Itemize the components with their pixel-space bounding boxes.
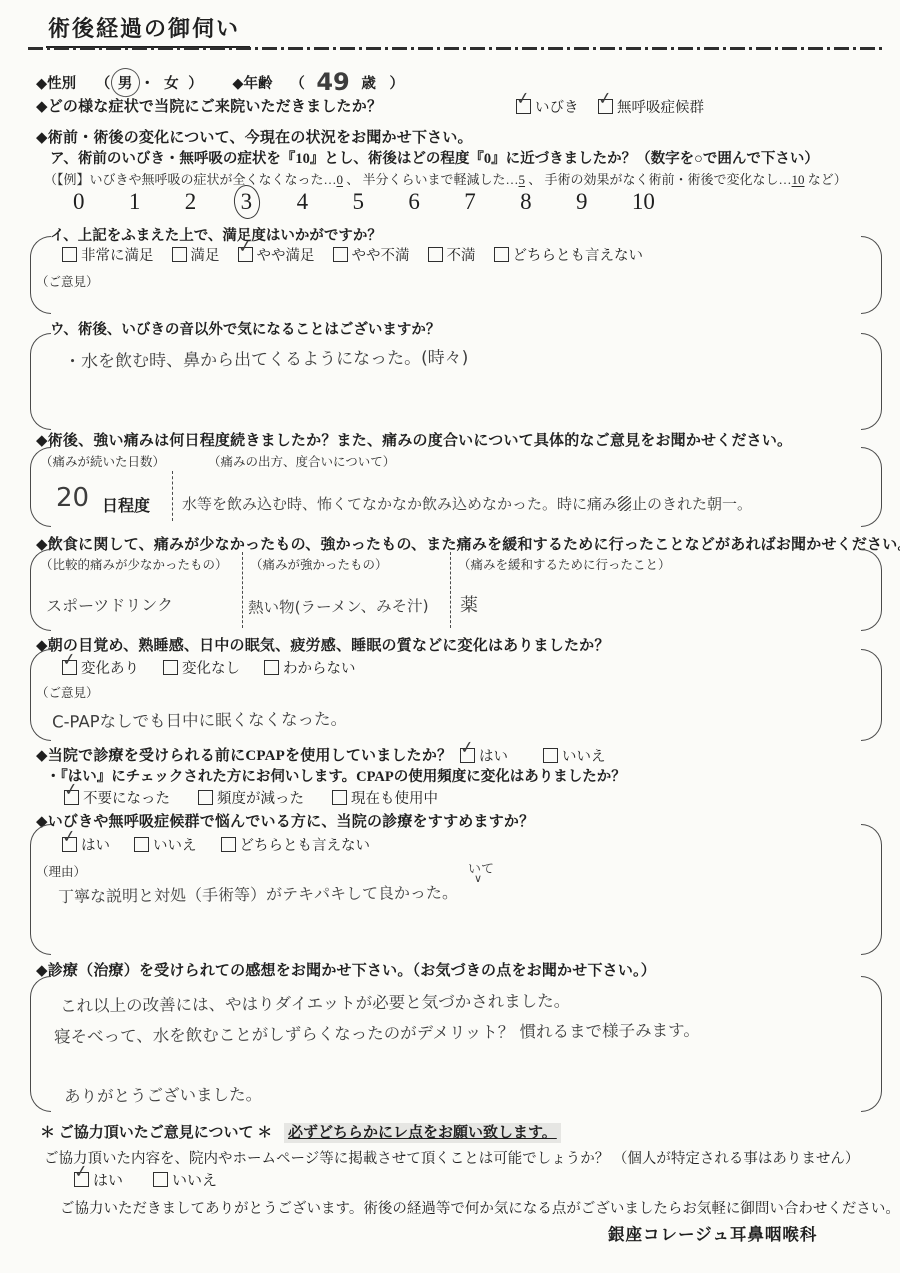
food-col1-label: （比較的痛みが少なかったもの） bbox=[40, 555, 228, 573]
cpap-question: ◆当院で診療を受けられる前にCPAPを使用していましたか？ bbox=[36, 744, 452, 765]
example-text: （【例】いびきや無呼吸の症状が全くなくなった… bbox=[44, 172, 337, 187]
scale-number-7[interactable]: 7 bbox=[459, 188, 481, 216]
option-hijoni-manzoku[interactable]: 非常に満足 bbox=[62, 244, 154, 265]
example-text: 、 手術の効果がなく術前・術後で変化なし… bbox=[525, 172, 792, 187]
impression-line-1: これ以上の改善には、やはりダイエットが必要と気づかされました。 bbox=[60, 987, 570, 1016]
change-heading: ◆術前・術後の変化について、今現在の状況をお聞かせ下さい。 bbox=[36, 126, 473, 147]
checkbox-label: 変化あり bbox=[81, 657, 139, 678]
option-henka-ari[interactable]: 変化あり bbox=[62, 657, 139, 678]
option-yaya-fuman[interactable]: やや不満 bbox=[333, 244, 410, 265]
checkbox-label: わからない bbox=[283, 657, 356, 678]
symptom-question: ◆どの様な症状で当院にご来院いただきましたか？ bbox=[36, 95, 382, 116]
checkbox-label: 非常に満足 bbox=[81, 244, 154, 265]
checkbox[interactable] bbox=[62, 837, 77, 852]
scale-number-5[interactable]: 5 bbox=[347, 188, 369, 216]
insertion-caret: ∨ bbox=[474, 872, 482, 885]
checkbox-label: やや不満 bbox=[352, 244, 410, 265]
symptom-option-mukokyu[interactable]: 無呼吸症候群 bbox=[598, 96, 704, 117]
clinic-name: 銀座コレージュ耳鼻咽喉科 bbox=[608, 1221, 817, 1245]
option-dochira[interactable]: どちらとも言えない bbox=[494, 244, 644, 265]
checkbox[interactable] bbox=[64, 790, 79, 805]
checkbox[interactable] bbox=[516, 99, 531, 114]
example-text: 、 半分くらいまで軽減した… bbox=[343, 172, 519, 187]
recommend-answer: 丁寧な説明と対処（手術等）がテキパキして良かった。 bbox=[58, 880, 458, 907]
cpap-sub-question: ・『はい』にチェックされた方にお伺いします。CPAPの使用頻度に変化はありました… bbox=[46, 765, 626, 786]
checkbox[interactable] bbox=[74, 1172, 89, 1187]
checkbox[interactable] bbox=[494, 247, 509, 262]
checkbox[interactable] bbox=[238, 247, 253, 262]
dash-dot-divider bbox=[28, 47, 884, 50]
food-col2-answer: 熱い物(ラーメン、みそ汁) bbox=[248, 594, 429, 618]
paren: （ bbox=[96, 76, 111, 92]
footer-note-bold: 必ずどちらかにレ点をお願い致します。 bbox=[284, 1123, 561, 1143]
checkbox[interactable] bbox=[264, 660, 279, 675]
option-genzai-shiyochu[interactable]: 現在も使用中 bbox=[332, 787, 438, 808]
recommend-options: はい いいえ どちらとも言えない bbox=[62, 834, 370, 855]
paren: （ bbox=[290, 76, 305, 92]
comment-label: （ご意見） bbox=[36, 272, 99, 290]
checkbox-label: いいえ bbox=[562, 745, 606, 766]
scribble-mark bbox=[618, 496, 631, 511]
impression-box[interactable]: これ以上の改善には、やはりダイエットが必要と気づかされました。 寝そべって、水を… bbox=[30, 976, 882, 1112]
gender-male-label: 男 bbox=[118, 76, 133, 92]
column-separator bbox=[450, 552, 451, 628]
pain-detail-label: （痛みの出方、度合いについて） bbox=[208, 452, 395, 470]
sleep-box[interactable]: 変化あり 変化なし わからない （ご意見） C-PAPなしでも日中に眠くなくなっ… bbox=[30, 649, 882, 741]
pain-detail-answer: 水等を飲み込む時、怖くてなかなか飲み込めなかった。時に痛み止のきれた朝一。 bbox=[182, 493, 752, 514]
scale-number-9[interactable]: 9 bbox=[571, 188, 593, 216]
example-text: など） bbox=[805, 172, 847, 187]
publish-options: はい いいえ bbox=[74, 1169, 217, 1190]
column-separator bbox=[172, 471, 173, 521]
checkbox-label: はい bbox=[93, 1169, 123, 1190]
checkbox[interactable] bbox=[428, 247, 443, 262]
satisfaction-options: 非常に満足 満足 やや満足 やや不満 不満 どちらとも言えない bbox=[62, 244, 643, 265]
option-manzoku[interactable]: 満足 bbox=[172, 244, 220, 265]
food-col1-answer: スポーツドリンク bbox=[46, 592, 173, 616]
checkbox[interactable] bbox=[598, 99, 613, 114]
age-label: ◆年齢 bbox=[232, 76, 272, 92]
cpap-option-iie[interactable]: いいえ bbox=[543, 745, 606, 766]
paren: ） bbox=[188, 76, 203, 92]
column-separator bbox=[242, 552, 243, 628]
scale-number-0[interactable]: 0 bbox=[68, 188, 90, 216]
gender-male-option[interactable]: 男 bbox=[114, 72, 137, 93]
checkbox-label: いいえ bbox=[172, 1169, 217, 1190]
checkbox-label: 満足 bbox=[191, 244, 220, 265]
recommend-box[interactable]: はい いいえ どちらとも言えない （理由） いて ∨ 丁寧な説明と対処（手術等）… bbox=[30, 824, 882, 955]
food-col3-label: （痛みを緩和するために行ったこと） bbox=[458, 555, 671, 573]
checkbox-label: 不満 bbox=[447, 244, 476, 265]
publish-question: ご協力頂いた内容を、院内やホームページ等に掲載させて頂くことは可能でしょうか？ … bbox=[44, 1147, 859, 1168]
other-concern-box[interactable]: ・水を飲む時、鼻から出てくるようになった。(時々) bbox=[30, 333, 882, 430]
change-sub-a: ア、術前のいびき・無呼吸の症状を『10』とし、術後はどの程度『0』に近づきました… bbox=[50, 147, 819, 168]
cpap-sub-options: 不要になった 頻度が減った 現在も使用中 bbox=[64, 787, 438, 808]
pain-detail-part2: 止のきれた朝一。 bbox=[632, 495, 752, 513]
checkbox[interactable] bbox=[332, 790, 347, 805]
paren: ） bbox=[389, 76, 404, 92]
checkbox-label: 頻度が減った bbox=[217, 787, 304, 808]
option-fuyo[interactable]: 不要になった bbox=[64, 787, 170, 808]
pain-detail-part1: 水等を飲み込む時、怖くてなかなか飲み込めなかった。時に痛み bbox=[182, 495, 617, 513]
questionnaire-form: 術後経過の御伺い ◆性別 （ 男 ・ 女 ） ◆年齢 （ 49 歳 ） ◆どの様… bbox=[0, 0, 900, 1273]
checkbox-label: 無呼吸症候群 bbox=[617, 96, 704, 117]
checkbox-label: どちらとも言えない bbox=[240, 834, 371, 855]
checkbox-label: どちらとも言えない bbox=[513, 244, 644, 265]
scale-number-10[interactable]: 10 bbox=[627, 188, 660, 216]
page-title: 術後経過の御伺い bbox=[46, 16, 250, 48]
gender-label: ◆性別 bbox=[36, 76, 76, 92]
checkbox-label: いいえ bbox=[153, 834, 197, 855]
scale-number-8[interactable]: 8 bbox=[515, 188, 537, 216]
checkbox[interactable] bbox=[221, 837, 236, 852]
publish-option-iie[interactable]: いいえ bbox=[153, 1169, 217, 1190]
option-iie[interactable]: いいえ bbox=[134, 834, 197, 855]
satisfaction-comment-box[interactable]: 非常に満足 満足 やや満足 やや不満 不満 どちらとも言えない （ご意見） bbox=[30, 236, 882, 314]
age-unit: 歳 bbox=[361, 76, 376, 92]
publish-option-hai[interactable]: はい bbox=[74, 1169, 123, 1190]
option-yaya-manzoku[interactable]: やや満足 bbox=[238, 244, 315, 265]
checkbox-label: 現在も使用中 bbox=[351, 787, 438, 808]
separator: ・ bbox=[140, 76, 155, 92]
checkbox-label: 変化なし bbox=[182, 657, 240, 678]
option-fuman[interactable]: 不満 bbox=[428, 244, 476, 265]
checkbox-label: はい bbox=[81, 834, 110, 855]
food-box[interactable]: （比較的痛みが少なかったもの） （痛みが強かったもの） （痛みを緩和するために行… bbox=[30, 549, 882, 631]
food-col3-answer: 薬 bbox=[460, 591, 478, 617]
scale-number-6[interactable]: 6 bbox=[403, 188, 425, 216]
option-hai[interactable]: はい bbox=[62, 834, 110, 855]
checkbox-label: やや満足 bbox=[257, 244, 315, 265]
checkbox[interactable] bbox=[163, 660, 178, 675]
scale-number-2[interactable]: 2 bbox=[180, 188, 202, 216]
checkbox[interactable] bbox=[543, 748, 558, 763]
scale-number-3[interactable]: 3 bbox=[236, 188, 258, 216]
option-henka-nashi[interactable]: 変化なし bbox=[163, 657, 240, 678]
checkbox-label: 不要になった bbox=[83, 787, 170, 808]
checkbox[interactable] bbox=[172, 247, 187, 262]
option-wakaranai[interactable]: わからない bbox=[264, 657, 356, 678]
checkbox[interactable] bbox=[134, 837, 149, 852]
option-dochira[interactable]: どちらとも言えない bbox=[221, 834, 371, 855]
food-col2-label: （痛みが強かったもの） bbox=[250, 555, 388, 573]
pain-days-unit: 日程度 bbox=[102, 493, 150, 516]
handwritten-answer: ・水を飲む時、鼻から出てくるようになった。(時々) bbox=[64, 343, 469, 372]
pain-days-label: （痛みが続いた日数） bbox=[40, 452, 165, 470]
example-value-10: 10 bbox=[792, 172, 805, 187]
cpap-option-hai[interactable]: はい bbox=[460, 745, 508, 766]
scale-number-1[interactable]: 1 bbox=[124, 188, 146, 216]
scale-number-4[interactable]: 4 bbox=[292, 188, 314, 216]
impression-line-3: ありがとうございました。 bbox=[64, 1081, 262, 1107]
pain-days-value: 20 bbox=[56, 483, 89, 513]
reason-label: （理由） bbox=[36, 862, 86, 880]
checkbox-label: はい bbox=[479, 745, 508, 766]
comment-label: （ご意見） bbox=[36, 683, 99, 701]
checkbox[interactable] bbox=[333, 247, 348, 262]
option-hindo-hetta[interactable]: 頻度が減った bbox=[198, 787, 304, 808]
rating-scale: 0 1 2 3 4 5 6 7 8 9 10 bbox=[68, 188, 660, 216]
change-example: （【例】いびきや無呼吸の症状が全くなくなった…0 、 半分くらいまで軽減した…5… bbox=[44, 169, 847, 188]
checkbox[interactable] bbox=[62, 247, 77, 262]
impression-line-2: 寝そべって、水を飲むことがしずらくなったのがデメリット？ 慣れるまで様子みます。 bbox=[54, 1017, 700, 1048]
footer-note-prefix: ＊ ご協力頂いたご意見について ＊ bbox=[40, 1125, 272, 1141]
sleep-answer: C-PAPなしでも日中に眠くなくなった。 bbox=[52, 705, 347, 732]
footer-note: ＊ ご協力頂いたご意見について ＊ 必ずどちらかにレ点をお願い致します。 bbox=[40, 1121, 561, 1142]
age-value[interactable]: 49 bbox=[316, 68, 349, 96]
sleep-options: 変化あり 変化なし わからない bbox=[62, 657, 356, 678]
checkbox[interactable] bbox=[153, 1172, 168, 1187]
checkbox[interactable] bbox=[198, 790, 213, 805]
pain-box[interactable]: （痛みが続いた日数） （痛みの出方、度合いについて） 20 日程度 水等を飲み込… bbox=[30, 447, 882, 527]
gender-age-row: ◆性別 （ 男 ・ 女 ） ◆年齢 （ 49 歳 ） bbox=[36, 66, 404, 94]
gender-female-option[interactable]: 女 bbox=[164, 76, 179, 92]
thanks-text: ご協力いただきましてありがとうございます。術後の経過等で何か気になる点がございま… bbox=[60, 1197, 900, 1218]
checkbox-label: いびき bbox=[535, 96, 579, 117]
checkbox[interactable] bbox=[62, 660, 77, 675]
symptom-option-ibiki[interactable]: いびき bbox=[516, 96, 579, 117]
checkbox[interactable] bbox=[460, 748, 475, 763]
